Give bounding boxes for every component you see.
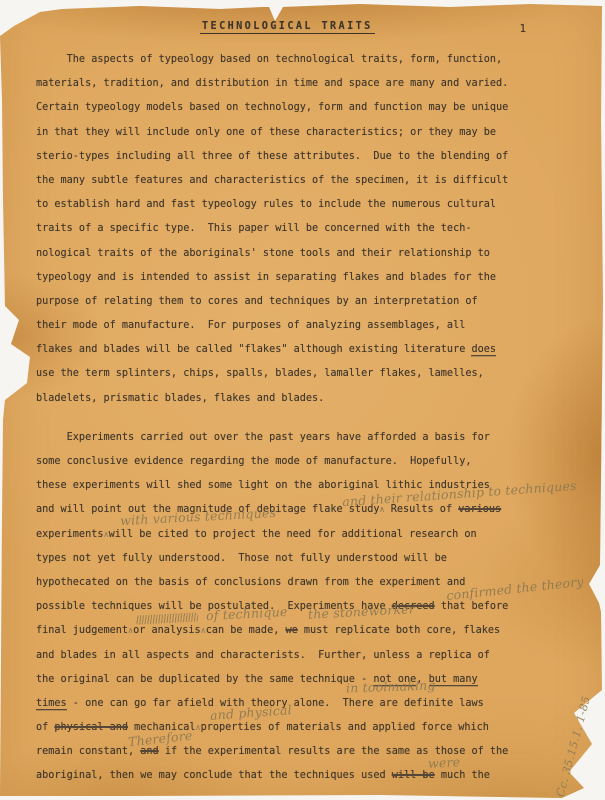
page-title: TECHNOLOGICAL TRAITS xyxy=(200,21,375,34)
typed-text: The aspects of typeology based on techno… xyxy=(36,54,502,65)
typed-line: aboriginal, then we may conclude that th… xyxy=(36,764,528,788)
typed-text: nological traits of the aboriginals' sto… xyxy=(36,248,490,259)
typed-text: or analysis xyxy=(133,625,200,636)
typed-text: possible techniques will be postulated. … xyxy=(36,601,392,612)
typed-line: some conclusive evidence regarding the m… xyxy=(36,450,528,474)
typed-text: - one can go far afield with theory alon… xyxy=(67,698,484,709)
strikethrough-text: physical and xyxy=(54,722,128,733)
typed-line: traits of a specific type. This paper wi… xyxy=(36,217,528,241)
typed-line: their mode of manufacture. For purposes … xyxy=(36,314,528,338)
typed-line: to establish hard and fast typeology rul… xyxy=(36,193,528,217)
scan-background: TECHNOLOGICAL TRAITS 1 The aspects of ty… xyxy=(0,0,605,800)
typed-line: times - one can go far afield with theor… xyxy=(36,692,528,716)
typed-line: experiments∧will be cited to project the… xyxy=(36,523,528,547)
typed-text: Certain typeology models based on techno… xyxy=(36,102,508,113)
typed-text: to establish hard and fast typeology rul… xyxy=(36,199,496,210)
typed-line: of physical and mechanical∧properties of… xyxy=(36,716,528,740)
typed-text: experiments xyxy=(36,529,103,540)
typed-line: use the term splinters, chips, spalls, b… xyxy=(36,362,528,386)
typed-line: The aspects of typeology based on techno… xyxy=(36,48,528,72)
typed-line: Certain typeology models based on techno… xyxy=(36,96,528,120)
underlined-text: but many xyxy=(429,674,478,685)
typed-line: nological traits of the aboriginals' sto… xyxy=(36,242,528,266)
typed-text: remain constant, xyxy=(36,746,140,757)
typed-line: flakes and blades will be called "flakes… xyxy=(36,338,528,362)
typed-text: that before xyxy=(435,601,509,612)
typed-text: will be cited to project the need for ad… xyxy=(109,529,477,540)
typed-text: types not yet fully understood. Those no… xyxy=(36,553,447,564)
typed-text: typeology and is intended to assist in s… xyxy=(36,272,496,283)
typed-line: the original can be duplicated by the sa… xyxy=(36,668,528,692)
paragraph: The aspects of typeology based on techno… xyxy=(36,48,528,411)
typed-text: final judgement xyxy=(36,625,128,636)
typed-text: Experiments carried out over the past ye… xyxy=(36,432,490,443)
typed-text: in that they will include only one of th… xyxy=(36,127,496,138)
strikethrough-text: decreed xyxy=(392,601,435,612)
typed-line: the many subtle features and characteris… xyxy=(36,169,528,193)
typed-text: Results of xyxy=(385,504,459,515)
strikethrough-text: will be xyxy=(392,770,435,781)
typed-text: and blades in all aspects and characteri… xyxy=(36,650,490,661)
typed-body: The aspects of typeology based on techno… xyxy=(36,48,528,789)
typed-line: hypothecated on the basis of conclusions… xyxy=(36,571,528,595)
typed-text: the many subtle features and characteris… xyxy=(36,175,508,186)
underlined-text: does xyxy=(471,344,496,355)
typed-line: materials, tradition, and distribution i… xyxy=(36,72,528,96)
typed-line: possible techniques will be postulated. … xyxy=(36,595,528,619)
typed-line: final judgement∧or analysis∧can be made,… xyxy=(36,619,528,643)
typed-line: and will point out the magnitude of debi… xyxy=(36,498,528,522)
typed-text: flakes and blades will be called "flakes… xyxy=(36,344,471,355)
typed-line: types not yet fully understood. Those no… xyxy=(36,547,528,571)
typed-text: these experiments will shed some light o… xyxy=(36,480,490,491)
typed-text: bladelets, prismatic blades, flakes and … xyxy=(36,393,324,404)
document-header: TECHNOLOGICAL TRAITS 1 xyxy=(36,0,528,48)
typed-text: their mode of manufacture. For purposes … xyxy=(36,320,465,331)
typed-text: use the term splinters, chips, spalls, b… xyxy=(36,368,484,379)
typed-text: sterio-types including all three of thes… xyxy=(36,151,508,162)
typed-text: , xyxy=(416,674,428,685)
page-number: 1 xyxy=(520,23,526,35)
typed-line: these experiments will shed some light o… xyxy=(36,474,528,498)
typed-text: materials, tradition, and distribution i… xyxy=(36,78,508,89)
document-content: TECHNOLOGICAL TRAITS 1 The aspects of ty… xyxy=(36,0,528,789)
typed-text: purpose of relating them to cores and te… xyxy=(36,296,478,307)
underlined-text: times xyxy=(36,698,67,709)
typed-line: bladelets, prismatic blades, flakes and … xyxy=(36,387,528,411)
typed-line: sterio-types including all three of thes… xyxy=(36,145,528,169)
typed-text: the original can be duplicated by the sa… xyxy=(36,674,373,685)
typed-text: can be made, xyxy=(206,625,286,636)
strikethrough-text: we xyxy=(285,625,297,636)
typed-text: and will point out the magnitude of debi… xyxy=(36,504,379,515)
typed-text: mechanical xyxy=(128,722,195,733)
paragraph: Experiments carried out over the past ye… xyxy=(36,426,528,789)
typed-line: remain constant, and if the experimental… xyxy=(36,740,528,764)
typed-text: some conclusive evidence regarding the m… xyxy=(36,456,471,467)
typed-text: if the experimental results are the same… xyxy=(159,746,509,757)
typed-text: must replicate both core, flakes xyxy=(298,625,500,636)
typed-line: purpose of relating them to cores and te… xyxy=(36,290,528,314)
typed-text: aboriginal, then we may conclude that th… xyxy=(36,770,392,781)
typed-line: and blades in all aspects and characteri… xyxy=(36,644,528,668)
typed-line: in that they will include only one of th… xyxy=(36,121,528,145)
typed-line: Experiments carried out over the past ye… xyxy=(36,426,528,450)
strikethrough-text: and xyxy=(140,746,158,757)
typed-text: of xyxy=(36,722,54,733)
typed-text: properties of materials and applied forc… xyxy=(201,722,489,733)
underlined-text: not one xyxy=(373,674,416,685)
typed-text: much the xyxy=(435,770,490,781)
typed-text: hypothecated on the basis of conclusions… xyxy=(36,577,465,588)
typed-text: traits of a specific type. This paper wi… xyxy=(36,223,471,234)
strikethrough-text: various xyxy=(458,504,501,515)
typed-line: typeology and is intended to assist in s… xyxy=(36,266,528,290)
